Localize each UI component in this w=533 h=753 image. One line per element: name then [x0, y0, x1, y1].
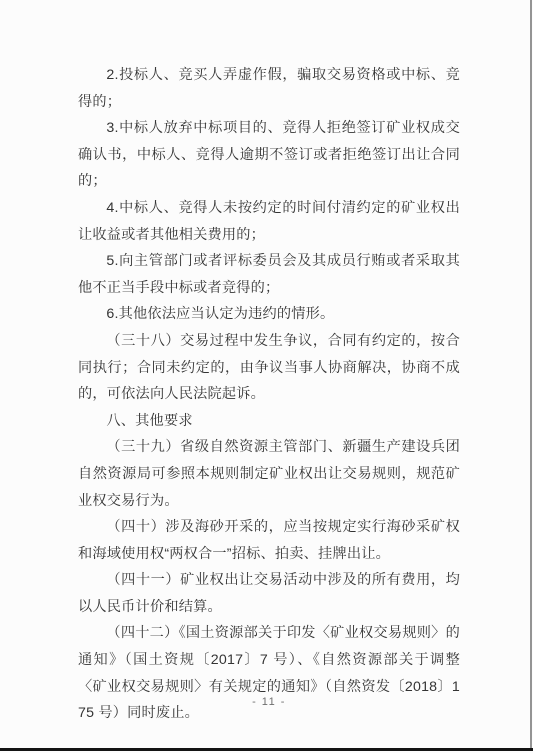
document-paragraph: 3.中标人放弃中标项目的、竞得人拒绝签订矿业权成交确认书，中标人、竞得人逾期不签…	[78, 115, 460, 195]
page-number: - 11 -	[78, 696, 460, 708]
document-paragraph: 4.中标人、竞得人未按约定的时间付清约定的矿业权出让收益或者其他相关费用的；	[78, 195, 460, 248]
document-paragraph: （四十二）《国土资源部关于印发〈矿业权交易规则〉的通知》（国土资规〔2017〕7…	[78, 620, 460, 726]
document-paragraph: 5.向主管部门或者评标委员会及其成员行贿或者采取其他不正当手段中标或者竞得的；	[78, 248, 460, 301]
document-paragraph: （四十）涉及海砂开采的，应当按规定实行海砂采矿权和海域使用权“两权合一”招标、拍…	[78, 514, 460, 567]
document-text-block: 2.投标人、竞买人弄虚作假，骗取交易资格或中标、竞得的； 3.中标人放弃中标项目…	[78, 62, 460, 727]
document-page: 2.投标人、竞买人弄虚作假，骗取交易资格或中标、竞得的； 3.中标人放弃中标项目…	[0, 0, 533, 753]
document-paragraph: （三十八）交易过程中发生争议，合同有约定的，按合同执行；合同未约定的，由争议当事…	[78, 328, 460, 408]
document-paragraph: （四十一）矿业权出让交易活动中涉及的所有费用，均以人民币计价和结算。	[78, 567, 460, 620]
document-paragraph: 6.其他依法应当认定为违约的情形。	[78, 301, 460, 328]
page-right-edge-line	[530, 0, 532, 748]
document-paragraph: （三十九）省级自然资源主管部门、新疆生产建设兵团自然资源局可参照本规则制定矿业权…	[78, 434, 460, 514]
document-paragraph: 2.投标人、竞买人弄虚作假，骗取交易资格或中标、竞得的；	[78, 62, 460, 115]
window-bottom-edge	[0, 748, 533, 751]
section-heading: 八、其他要求	[78, 408, 460, 435]
